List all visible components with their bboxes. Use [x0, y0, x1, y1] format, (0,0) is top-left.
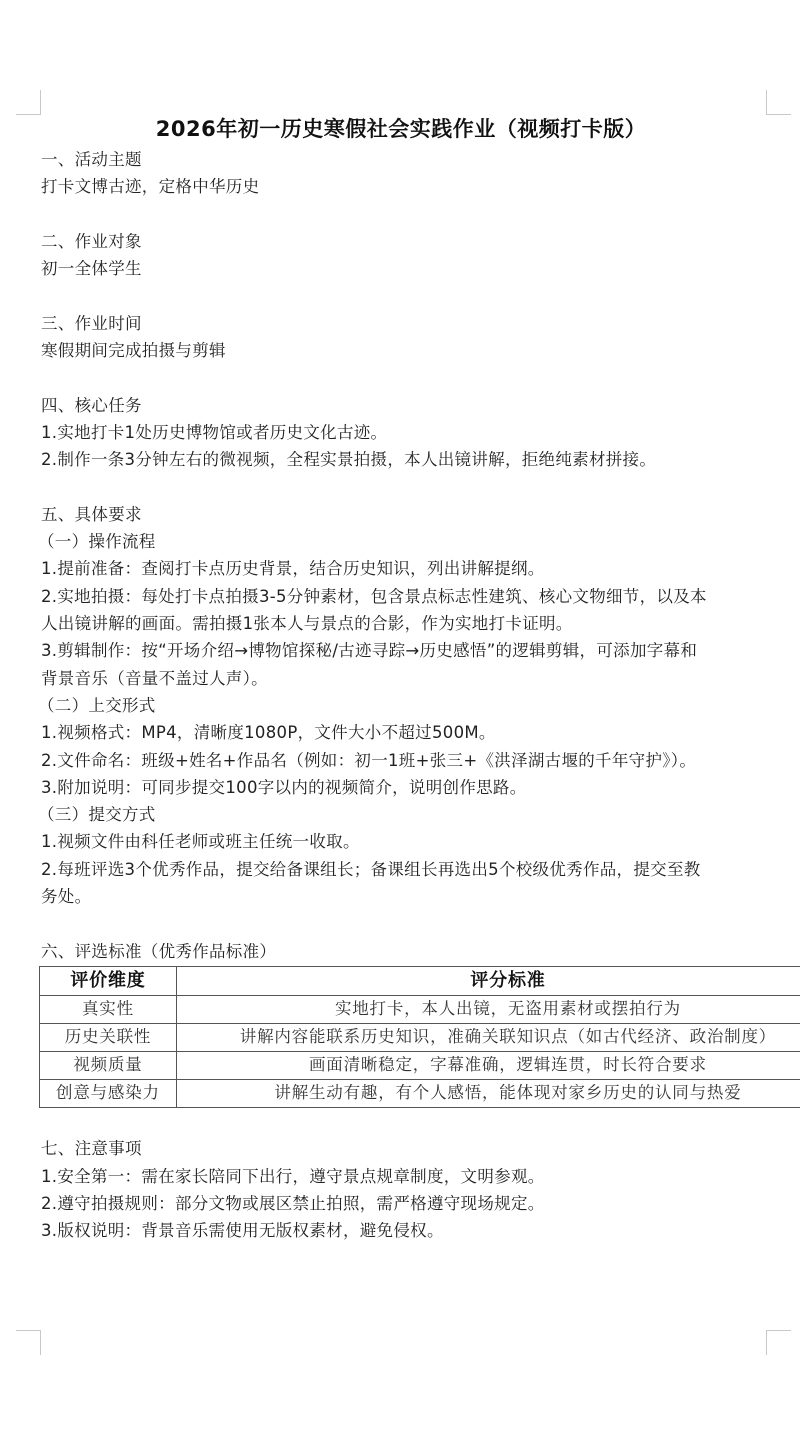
table-cell-standard: 画面清晰稳定，字幕准确，逻辑连贯，时长符合要求: [176, 1051, 800, 1079]
format-item: 3.附加说明：可同步提交100字以内的视频简介，说明创作思路。: [41, 774, 800, 801]
table-cell-dimension: 创意与感染力: [40, 1079, 177, 1107]
table-header-dimension: 评价维度: [40, 966, 177, 995]
table-cell-dimension: 视频质量: [40, 1051, 177, 1079]
spacer: [41, 910, 800, 937]
section-heading-core-tasks: 四、核心任务: [41, 392, 800, 419]
workflow-item-continued: 背景音乐（音量不盖过人声）。: [41, 665, 800, 692]
section-heading-time: 三、作业时间: [41, 310, 800, 337]
method-item-continued: 务处。: [41, 883, 800, 910]
page-corner-mark-bottom-right: [766, 1330, 791, 1355]
note-item: 1.安全第一：需在家长陪同下出行，遵守景点规章制度，文明参观。: [41, 1163, 800, 1190]
table-cell-standard: 实地打卡，本人出镜，无盗用素材或摆拍行为: [176, 995, 800, 1023]
subsection-heading-workflow: （一）操作流程: [41, 528, 800, 555]
table-cell-standard: 讲解内容能联系历史知识，准确关联知识点（如古代经济、政治制度）: [176, 1023, 800, 1051]
method-item: 1.视频文件由科任老师或班主任统一收取。: [41, 828, 800, 855]
page-corner-mark-bottom-left: [16, 1330, 41, 1355]
criteria-table: 评价维度 评分标准 真实性 实地打卡，本人出镜，无盗用素材或摆拍行为 历史关联性…: [39, 966, 800, 1108]
theme-text: 打卡文博古迹，定格中华历史: [41, 173, 800, 200]
table-cell-dimension: 真实性: [40, 995, 177, 1023]
table-row: 历史关联性 讲解内容能联系历史知识，准确关联知识点（如古代经济、政治制度）: [40, 1023, 800, 1051]
core-task-item: 1.实地打卡1处历史博物馆或者历史文化古迹。: [41, 419, 800, 446]
subsection-heading-submission-format: （二）上交形式: [41, 692, 800, 719]
table-header-row: 评价维度 评分标准: [40, 966, 800, 995]
spacer: [41, 201, 800, 228]
workflow-item: 1.提前准备：查阅打卡点历史背景，结合历史知识，列出讲解提纲。: [41, 555, 800, 582]
table-cell-standard: 讲解生动有趣，有个人感悟，能体现对家乡历史的认同与热爱: [176, 1079, 800, 1107]
document-page: 2026年初一历史寒假社会实践作业（视频打卡版） 一、活动主题 打卡文博古迹，定…: [41, 112, 800, 1244]
spacer: [41, 1108, 800, 1135]
workflow-item: 3.剪辑制作：按“开场介绍→博物馆探秘/古迹寻踪→历史感悟”的逻辑剪辑，可添加字…: [41, 637, 800, 664]
spacer: [41, 364, 800, 391]
section-heading-notes: 七、注意事项: [41, 1135, 800, 1162]
time-text: 寒假期间完成拍摄与剪辑: [41, 337, 800, 364]
page-corner-mark-top-left: [16, 90, 41, 115]
workflow-item: 2.实地拍摄：每处打卡点拍摄3-5分钟素材，包含景点标志性建筑、核心文物细节，以…: [41, 583, 800, 610]
table-row: 真实性 实地打卡，本人出镜，无盗用素材或摆拍行为: [40, 995, 800, 1023]
section-heading-criteria: 六、评选标准（优秀作品标准）: [41, 938, 800, 965]
subsection-heading-submission-method: （三）提交方式: [41, 801, 800, 828]
section-heading-target: 二、作业对象: [41, 228, 800, 255]
table-cell-dimension: 历史关联性: [40, 1023, 177, 1051]
spacer: [41, 282, 800, 309]
table-row: 创意与感染力 讲解生动有趣，有个人感悟，能体现对家乡历史的认同与热爱: [40, 1079, 800, 1107]
document-title: 2026年初一历史寒假社会实践作业（视频打卡版）: [41, 112, 761, 146]
table-header-standard: 评分标准: [176, 966, 800, 995]
note-item: 2.遵守拍摄规则：部分文物或展区禁止拍照，需严格遵守现场规定。: [41, 1190, 800, 1217]
workflow-item-continued: 人出镜讲解的画面。需拍摄1张本人与景点的合影，作为实地打卡证明。: [41, 610, 800, 637]
target-text: 初一全体学生: [41, 255, 800, 282]
note-item: 3.版权说明：背景音乐需使用无版权素材，避免侵权。: [41, 1217, 800, 1244]
core-task-item: 2.制作一条3分钟左右的微视频，全程实景拍摄，本人出镜讲解，拒绝纯素材拼接。: [41, 446, 800, 473]
format-item: 1.视频格式：MP4，清晰度1080P，文件大小不超过500M。: [41, 719, 800, 746]
spacer: [41, 474, 800, 501]
format-item: 2.文件命名：班级+姓名+作品名（例如：初一1班+张三+《洪泽湖古堰的千年守护》…: [41, 747, 800, 774]
section-heading-requirements: 五、具体要求: [41, 501, 800, 528]
method-item: 2.每班评选3个优秀作品，提交给备课组长；备课组长再选出5个校级优秀作品，提交至…: [41, 856, 800, 883]
section-heading-theme: 一、活动主题: [41, 146, 800, 173]
table-row: 视频质量 画面清晰稳定，字幕准确，逻辑连贯，时长符合要求: [40, 1051, 800, 1079]
